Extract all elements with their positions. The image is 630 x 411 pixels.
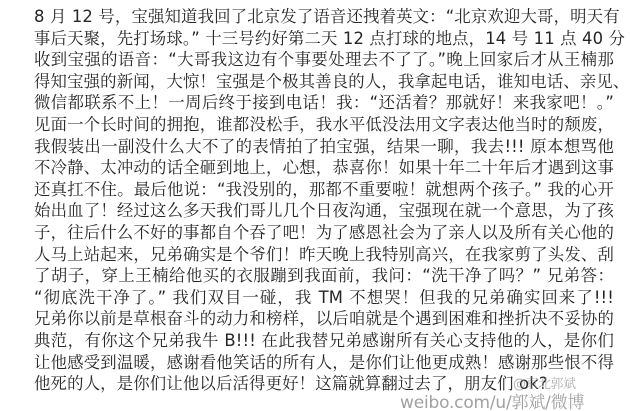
- text-line: 让他感受到温暖，感谢看他笑话的所有人，是你们让他更成熟！感谢那些恨不得: [34, 352, 614, 374]
- text-line: 收到宝强的语音：“大哥我这边有个事要处理去不了了。”晚上回家后才从王楠那: [34, 49, 614, 71]
- text-line: 了胡子，穿上王楠给他买的衣服蹦到我面前，我问：“洗干净了吗？” 兄弟答：: [34, 265, 614, 287]
- text-line: 微信都联系不上！一周后终于接到电话！我：“还活着？那就好！来我家吧！。”: [34, 92, 614, 114]
- text-line: 人马上站起来，兄弟确实是个爷们！昨天晚上我特别高兴，在我家剪了头发、刮: [34, 244, 614, 266]
- document-body: 8 月 12 号，宝强知道我回了北京发了语音还拽着英文：“北京欢迎大哥，明天有 …: [34, 6, 614, 395]
- text-line: “彻底洗干净了。” 我们双目一碰，我 TM 不想哭！但我的兄弟确实回来了!!!: [34, 287, 614, 309]
- text-line: 他死的人，是你们让他以后活得更好！这篇就算翻过去了，朋友们 ok?: [34, 373, 614, 395]
- text-line: 始出血了！经过这么多天我们哥儿几个日夜沟通，宝强现在就一个意思，为了孩: [34, 200, 614, 222]
- text-line: 见面一个长时间的拥抱，谁都没松手，我水平低没法用文字表达他当时的颓废，: [34, 114, 614, 136]
- text-line: 得知宝强的新闻，大惊！宝强是个极其善良的人，我拿起电话，谁知电话、亲见、: [34, 71, 614, 93]
- text-line: 还真扛不住。最后他说：“我没别的，那都不重要啦！就想两个孩子。” 我的心开: [34, 179, 614, 201]
- text-line: 子，往后什么不好的事都自个吞了吧！为了感恩社会为了亲人以及所有关心他的: [34, 222, 614, 244]
- text-line: 兄弟你以前是草根奋斗的动力和榜样，以后咱就是个遇到困难和挫折决不妥协的: [34, 308, 614, 330]
- text-line: 典范，有你这个兄弟我牛 B!!! 在此我替兄弟感谢所有关心支持他的人，是你们: [34, 330, 614, 352]
- text-line: 8 月 12 号，宝强知道我回了北京发了语音还拽着英文：“北京欢迎大哥，明天有: [34, 6, 614, 28]
- text-line: 事后天聚，先打场球。” 十三号约好第二天 12 点打球的地点，14 号 11 点…: [34, 28, 614, 50]
- text-line: 我假装出一副没什么大不了的表情拍了拍宝强，结果一聊，我去!!! 原本想骂他: [34, 136, 614, 158]
- text-line: 不冷静、太冲动的话全砸到地上，心想，恭喜你！如果十年二十年后才遇到这事: [34, 157, 614, 179]
